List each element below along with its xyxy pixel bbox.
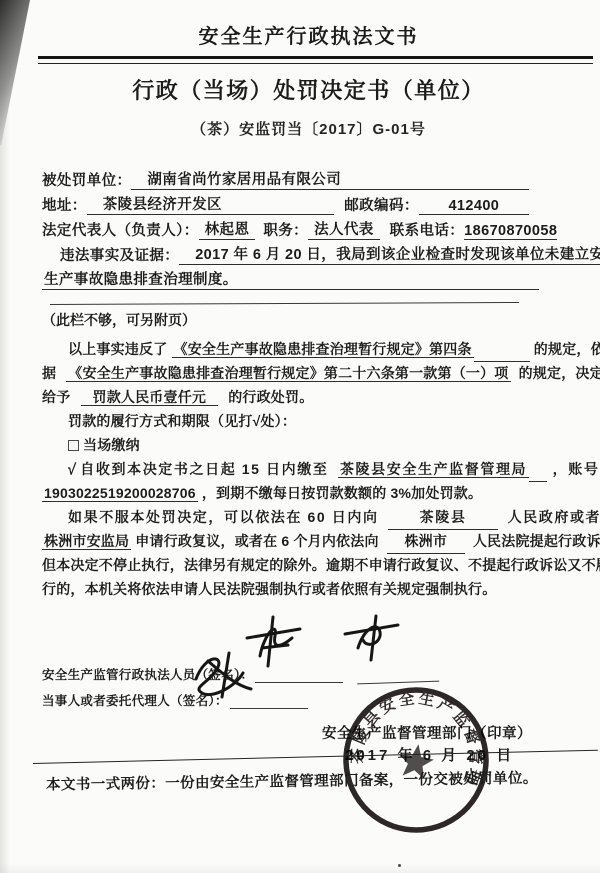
decision-line3-pre: 给予 <box>42 389 70 405</box>
scan-corner-shadow <box>0 0 30 145</box>
facts-label: 违法事实及证据： <box>42 244 179 265</box>
facts-value-line2: 生产事故隐患排查治理制度。 <box>42 268 240 290</box>
phone-value: 18670870058 <box>464 223 557 240</box>
checkmark-icon: √ <box>67 455 79 483</box>
scanned-penalty-document: 安全生产行政执法文书 行政（当场）处罚决定书（单位） （茶）安监罚当〔2017〕… <box>0 0 600 873</box>
document-title: 行政（当场）处罚决定书（单位） <box>42 74 575 105</box>
attach-page-note: （此栏不够，可另附页） <box>42 308 575 332</box>
address-label: 地址： <box>42 194 87 215</box>
appeal-line1: 如果不服本处罚决定，可以依法在 60 日内向 茶陵县 人民政府或者 <box>42 505 575 529</box>
payment-org: 茶陵县安全生产监督管理局 <box>338 461 529 478</box>
legal-rep-label: 法定代表人（负责人）： <box>42 219 199 240</box>
document-number: （茶）安监罚当〔2017〕G-01号 <box>42 118 575 139</box>
punished-unit-label: 被处罚单位： <box>42 169 131 190</box>
payment-org-pad <box>529 466 547 482</box>
appeal-line1-pre: 如果不服本处罚决定，可以依法在 60 日内向 <box>68 509 379 525</box>
address-value: 茶陵县经济开发区 <box>87 193 335 215</box>
payment-heading: 罚款的履行方式和期限（见打√处）： <box>42 409 575 433</box>
decision-line1: 以上事实违反了 《安全生产事故隐患排查治理暂行规定》第四条 的规定，依 <box>42 337 575 361</box>
decision-line3: 给予 罚款人民币壹仟元 的行政处罚。 <box>42 385 575 409</box>
document-category-title: 安全生产行政执法文书 <box>42 20 575 49</box>
payment-account-line: 1903022519200028706 ，到期不缴每日按罚款数额的 3%加处罚款… <box>42 481 575 505</box>
decision-blank-pad <box>474 346 530 362</box>
header-double-rule <box>38 56 593 64</box>
postcode-label: 邮政编码： <box>344 194 419 215</box>
appeal-bureau: 株洲市安监局 <box>42 533 131 550</box>
penalty-amount: 罚款人民币壹仟元 <box>81 389 219 406</box>
appeal-line4: 行的，本机关将依法申请人民法院强制执行或者依照有关规定强制执行。 <box>42 577 575 601</box>
field-facts-line1: 违法事实及证据： 2017 年 6 月 20 日，我局到该企业检查时发现该单位未… <box>42 240 575 265</box>
appeal-line1-post: 人民政府或者 <box>508 509 600 525</box>
payment-15days-pre: 自收到本决定书之日起 15 日内缴至 <box>80 461 328 477</box>
decision-line2: 据 《安全生产事故隐患排查治理暂行规定》第二十六条第一款第（一）项 的规定，决定 <box>42 361 575 385</box>
checkbox-icon <box>68 440 79 451</box>
payment-penalty-note: ，到期不缴每日按罚款数额的 3%加处罚款。 <box>202 485 482 501</box>
violated-regulation: 《安全生产事故隐患排查治理暂行规定》第四条 <box>172 341 474 358</box>
duty-value: 法人代表 <box>308 218 380 240</box>
payment-option-15days: √自收到本决定书之日起 15 日内缴至 茶陵县安全生产监督管理局 ，账号 <box>42 457 575 481</box>
facts-extra-blank-line <box>50 289 519 305</box>
punished-unit-value: 湖南省尚竹家居用品有限公司 <box>131 168 529 190</box>
decision-line2-post: 的规定，决定 <box>519 365 600 381</box>
postcode-value: 412400 <box>419 198 529 215</box>
decision-line1-pre: 以上事实违反了 <box>68 341 167 357</box>
party-handwritten-signature <box>178 645 288 703</box>
field-legal-rep: 法定代表人（负责人）： 林起恩 职务： 法人代表 联系电话： 186708700… <box>42 215 529 240</box>
payment-option-onspot: 当场缴纳 <box>42 433 575 457</box>
basis-regulation: 《安全生产事故隐患排查治理暂行规定》第二十六条第一款第（一）项 <box>66 365 510 382</box>
field-punished-unit: 被处罚单位： 湖南省尚竹家居用品有限公司 <box>42 165 529 190</box>
appeal-line2-post: 人民法院提起行政诉讼， <box>473 533 600 549</box>
facts-value-line1: 2017 年 6 月 20 日，我局到该企业检查时发现该单位未建立安全 <box>179 243 600 265</box>
payment-option-onspot-label: 当场缴纳 <box>83 437 140 453</box>
scan-speck-artifact <box>398 864 401 867</box>
appeal-line2-mid: 申请行政复议，或者在 6 个月内依法向 <box>135 533 378 549</box>
legal-rep-value: 林起恩 <box>199 218 256 240</box>
appeal-line2: 株洲市安监局 申请行政复议，或者在 6 个月内依法向 株洲市 人民法院提起行政诉… <box>42 529 575 553</box>
official-round-stamp: 茶陵县安全生产监督管理局 <box>327 671 505 849</box>
appeal-line3: 但本决定不停止执行，法律另有规定的除外。逾期不申请行政复议、不提起行政诉讼又不履 <box>42 553 575 577</box>
decision-line2-pre: 据 <box>42 365 56 381</box>
phone-label: 联系电话： <box>390 219 465 240</box>
appeal-government: 茶陵县 <box>388 505 498 530</box>
decision-line1-post: 的规定，依 <box>534 341 600 357</box>
field-address: 地址： 茶陵县经济开发区 邮政编码： 412400 <box>42 190 529 215</box>
decision-line3-post: 的行政处罚。 <box>228 389 313 405</box>
duty-label: 职务： <box>263 219 308 240</box>
bank-account-number: 1903022519200028706 <box>42 485 198 502</box>
payment-15days-post: ，账号 <box>553 461 600 477</box>
field-facts-line2: 生产事故隐患排查治理制度。 <box>42 265 575 290</box>
appeal-court-city: 株洲市 <box>387 529 465 554</box>
